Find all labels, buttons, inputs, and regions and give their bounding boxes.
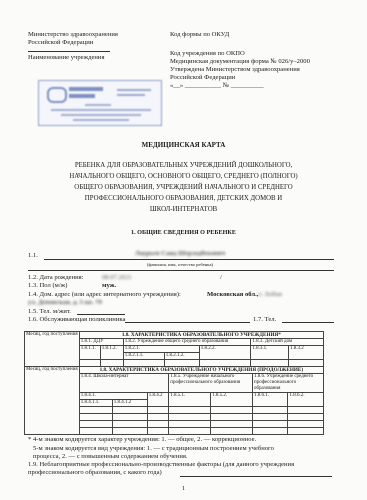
cell-1-8-6-2: 1.8.6.2. xyxy=(288,393,324,407)
sex-value: муж. xyxy=(102,282,116,290)
cell-1-8-4-2: 1.8.4.2 xyxy=(147,393,169,407)
home-phone-label: 1.5. Тел. м/жит. xyxy=(28,308,71,316)
footnote-1: * 4-м знаком кодируется характер учрежде… xyxy=(28,436,256,444)
sex-label: 1.3. Пол (м/ж) xyxy=(28,282,67,290)
address-label: 1.4. Дом. адрес (или адрес интернатного … xyxy=(28,291,181,299)
month-year-header: Месяц, год поступления xyxy=(25,332,80,367)
cell-1-8-1-1: 1.8.1.1. xyxy=(79,346,100,360)
cell-1-8-2-1: 1.8.2.1. xyxy=(123,346,199,353)
footnote-2a: 5-м знаком кодируется вид учреждения: 1.… xyxy=(33,445,274,453)
address-street: ул. Деповская, д. 5 кв. 79 xyxy=(28,299,102,307)
subtitle-line: НАЧАЛЬНОГО ОБЩЕГО, ОСНОВНОГО ОБЩЕГО, СРЕ… xyxy=(0,171,367,182)
ministry-line-1: Министерство здравоохранения xyxy=(28,31,118,39)
subtitle-line: ШКОЛ-ИНТЕРНАТОВ xyxy=(0,204,367,215)
clinic-phone-label: 1.7. Тел. xyxy=(253,316,276,324)
cell-1-8-3-1: 1.8.3.1. xyxy=(251,346,289,360)
subtitle-line: РЕБЕНКА ДЛЯ ОБРАЗОВАТЕЛЬНЫХ УЧРЕЖДЕНИЙ Д… xyxy=(0,160,367,171)
child-name-caption: (фамилия, имя, отчество ребенка) xyxy=(120,261,240,269)
month-year-header: Месяц, год поступления xyxy=(25,367,80,435)
cell-1-8-2-1-1: 1.8.2.1.1. xyxy=(123,353,164,360)
cell-1-8-5-2: 1.8.5.2. xyxy=(211,393,253,407)
group-ddu: 1.8.1. ДДУ xyxy=(79,339,123,346)
institution-table-2: Месяц, год поступления 1.8. ХАРАКТЕРИСТИ… xyxy=(24,366,324,435)
footnote-2b: процесса, 2. — с повышенным содержанием … xyxy=(33,453,188,461)
clinic-phone-line xyxy=(282,322,334,323)
cell-1-8-3-2: 1.8.3.2 xyxy=(288,346,323,360)
clinic-line xyxy=(125,322,250,323)
institution-label: Наименование учреждения xyxy=(28,54,105,62)
group-general-school: 1.8.2. Учреждение общего среднего образо… xyxy=(123,339,251,346)
page-number: 1 xyxy=(0,485,367,493)
clinic-label: 1.6. Обслуживающая поликлиника xyxy=(28,316,125,324)
home-phone-line xyxy=(77,314,125,315)
field-1-1-line xyxy=(44,259,334,260)
document-title: МЕДИЦИНСКАЯ КАРТА xyxy=(0,141,367,149)
field-1-9-line xyxy=(180,476,332,477)
birth-date-label: 1.2. Дата рождения: xyxy=(28,274,84,282)
institution-name-line xyxy=(28,51,110,52)
group-boarding-school: 1.8.4. Школа-интернат xyxy=(79,374,169,393)
okpo-code-label: Код учреждения по ОКПО xyxy=(170,50,245,58)
cell-1-8-4-1-1: 1.8.4.1.1. xyxy=(79,400,112,407)
field-1-1-line-2 xyxy=(28,270,334,271)
address-city: г. Лобня xyxy=(259,291,282,299)
cell-1-8-6-1: 1.8.6.1. xyxy=(253,393,288,407)
document-subtitle: РЕБЕНКА ДЛЯ ОБРАЗОВАТЕЛЬНЫХ УЧРЕЖДЕНИЙ Д… xyxy=(0,160,367,215)
cell-1-8-5-1: 1.8.5.1. xyxy=(169,393,211,407)
group-primary-vocational: 1.8.5. Учреждение начального профессиона… xyxy=(169,374,253,393)
group-secondary-vocational: 1.8.6. Учреждение среднего профессиональ… xyxy=(253,374,324,393)
cell-1-8-2-2: 1.8.2.2. xyxy=(199,346,251,360)
subtitle-line: ПРОФЕССИОНАЛЬНОГО ОБРАЗОВАНИЯ, ДЕТСКИХ Д… xyxy=(0,193,367,204)
subtitle-line: ОБЩЕГО ОБРАЗОВАНИЯ, УЧРЕЖДЕНИЙ НАЧАЛЬНОГ… xyxy=(0,182,367,193)
cell-1-8-2-1-2: 1.8.2.1.2. xyxy=(164,353,199,360)
table-1-heading: 1.8. ХАРАКТЕРИСТИКА ОБРАЗОВАТЕЛЬНОГО УЧР… xyxy=(79,332,323,339)
birth-date-value: 08.07.2021 xyxy=(102,274,132,282)
approved-line-1: Утверждена Министерством здравоохранения xyxy=(170,66,300,74)
stamp-logo-icon xyxy=(47,87,67,103)
institution-stamp xyxy=(38,80,162,126)
child-name-value: Лаурьев Саид Шерзодбекович xyxy=(120,250,240,258)
field-1-1-label: 1.1. xyxy=(28,252,38,260)
cell-1-8-4-1: 1.8.4.1. xyxy=(79,393,147,400)
form-name: Медицинская документация форма № 026/у–2… xyxy=(170,58,310,66)
field-1-9-label-b: профессионального образования, с какого … xyxy=(28,469,162,477)
okud-code-label: Код формы по ОКУД xyxy=(170,31,229,39)
section-1-heading: 1. ОБЩИЕ СВЕДЕНИЯ О РЕБЕНКЕ xyxy=(0,229,367,237)
ministry-line-2: Российской Федерации xyxy=(28,39,93,47)
date-number-line: «__» ___________ № __________ xyxy=(170,82,264,90)
field-1-9-label-a: 1.9. Неблагоприятные профессионально-про… xyxy=(28,461,294,469)
table-2-heading: 1.8. ХАРАКТЕРИСТИКА ОБРАЗОВАТЕЛЬНОГО УЧР… xyxy=(79,367,323,374)
institution-table-1: Месяц, год поступления 1.8. ХАРАКТЕРИСТИ… xyxy=(24,331,324,367)
cell-1-8-4-1-2: 1.8.4.1.2 xyxy=(112,400,147,407)
approved-line-2: Российской Федерации xyxy=(170,74,235,82)
birth-date-mark: / xyxy=(220,274,222,282)
address-region: Московская обл., xyxy=(207,291,258,299)
cell-1-8-1-2: 1.8.1.2. xyxy=(100,346,123,360)
group-orphanage: 1.8.3. Детский дом xyxy=(251,339,324,346)
